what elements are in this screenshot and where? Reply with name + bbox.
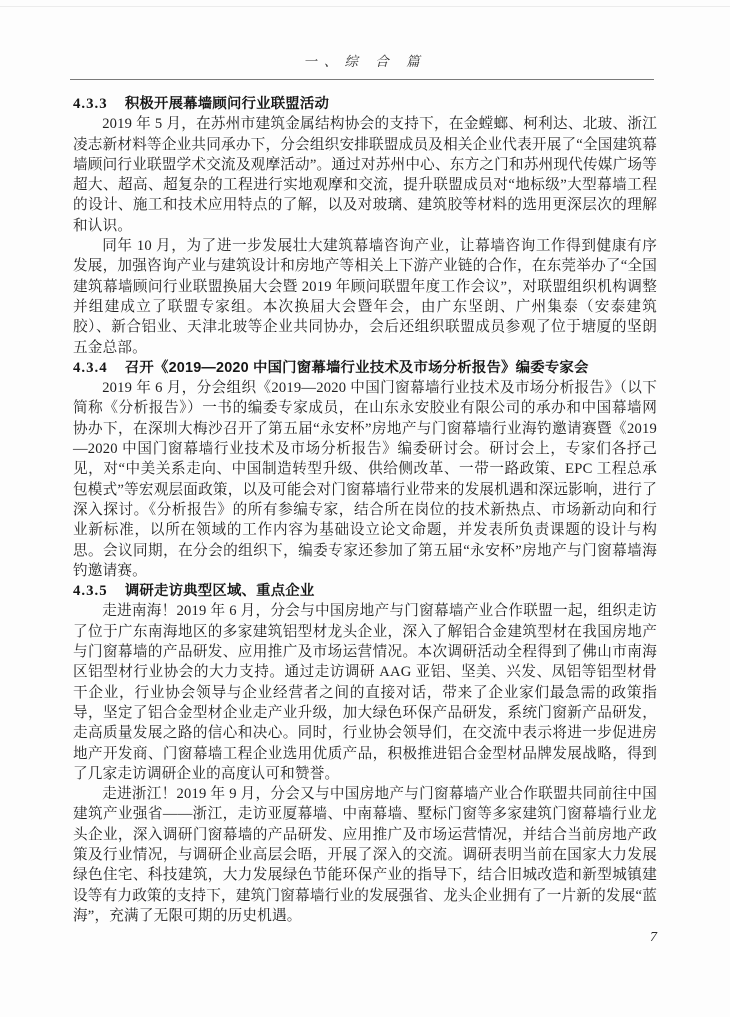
- section-number: 4.3.5: [73, 583, 108, 599]
- paragraph: 走进南海！2019 年 6 月，分会与中国房地产与门窗幕墙产业合作联盟一起，组织…: [73, 601, 657, 784]
- paragraph: 同年 10 月，为了进一步发展壮大建筑幕墙咨询产业，让幕墙咨询工作得到健康有序发…: [73, 236, 657, 358]
- section-heading-4-3-3: 4.3.3 积极开展幕墙顾问行业联盟活动: [73, 94, 657, 114]
- page-content: 4.3.3 积极开展幕墙顾问行业联盟活动 2019 年 5 月，在苏州市建筑金属…: [73, 94, 657, 926]
- section-number: 4.3.3: [73, 96, 108, 112]
- section-heading-4-3-4: 4.3.4 召开《2019—2020 中国门窗幕墙行业技术及市场分析报告》编委专…: [73, 358, 657, 378]
- section-number: 4.3.4: [73, 360, 108, 376]
- header-rule: [70, 79, 654, 80]
- document-page: 一、综 合 篇 4.3.3 积极开展幕墙顾问行业联盟活动 2019 年 5 月，…: [0, 0, 730, 1017]
- section-heading-4-3-5: 4.3.5 调研走访典型区域、重点企业: [73, 581, 657, 601]
- section-title: 召开《2019—2020 中国门窗幕墙行业技术及市场分析报告》编委专家会: [125, 360, 589, 376]
- paragraph: 2019 年 5 月，在苏州市建筑金属结构协会的支持下，在金螳螂、柯利达、北玻、…: [73, 114, 657, 236]
- chapter-title: 一、综 合 篇: [303, 54, 426, 69]
- page-top-edge: [0, 6, 730, 7]
- paragraph: 走进浙江！2019 年 9 月，分会又与中国房地产与门窗幕墙产业合作联盟共同前往…: [73, 784, 657, 926]
- paragraph: 2019 年 6 月，分会组织《2019—2020 中国门窗幕墙行业技术及市场分…: [73, 378, 657, 581]
- page-number: 7: [73, 930, 657, 946]
- running-header: 一、综 合 篇: [73, 50, 657, 70]
- section-title: 积极开展幕墙顾问行业联盟活动: [125, 96, 329, 112]
- section-title: 调研走访典型区域、重点企业: [125, 583, 315, 599]
